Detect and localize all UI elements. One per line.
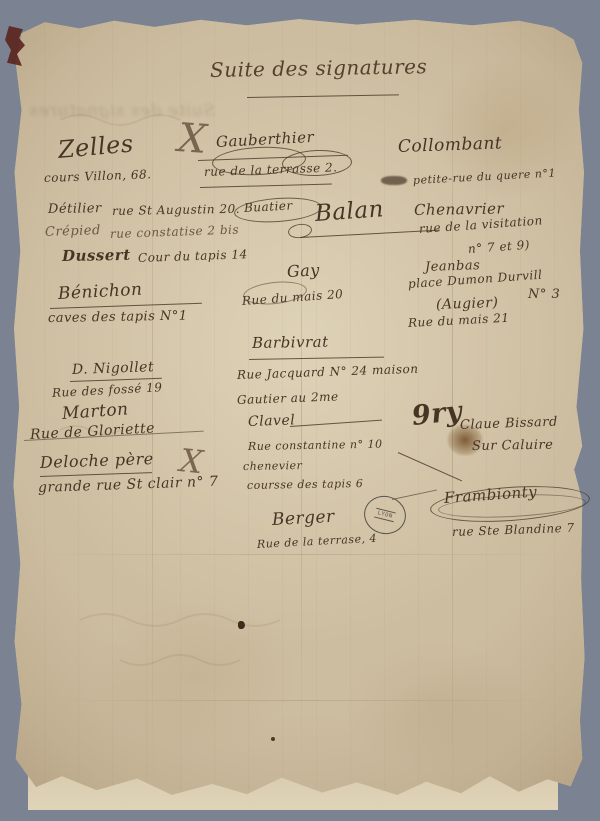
- note-augier: (Augier): [436, 296, 499, 312]
- signature-dussert: Dussert: [62, 248, 131, 264]
- address-benichon: caves des tapis N°1: [48, 310, 188, 325]
- signature-crepied: Crépied: [45, 224, 101, 239]
- signature-gay: Gay: [287, 262, 321, 280]
- signature-berger: Berger: [272, 509, 336, 529]
- note-gautier: Gautier au 2me: [237, 390, 339, 406]
- signature-nigollet: D. Nigollet: [72, 360, 155, 377]
- number-jeanbas: N° 3: [528, 288, 560, 301]
- signature-balan: Balan: [314, 198, 384, 226]
- signature-detilier: Détilier: [48, 202, 102, 216]
- signature-clavel: Clavel: [248, 413, 296, 429]
- address-chenevier: coursse des tapis 6: [247, 478, 363, 491]
- address-detilier: rue St Augustin 20.: [112, 203, 240, 217]
- address-zelles: cours Villon, 68.: [44, 168, 152, 184]
- page-title: Suite des signatures: [210, 56, 428, 80]
- x-mark: X: [178, 444, 204, 478]
- address-clavel: Rue constantine n° 10: [248, 439, 383, 452]
- signature-zelles: Zelles: [57, 131, 135, 162]
- signature-collombant: Collombant: [398, 135, 503, 156]
- signature-barbivrat: Barbivrat: [252, 335, 329, 351]
- page-content: Suite des signatures Suite des signature…: [0, 0, 600, 821]
- address-dussert: Cour du tapis 14: [138, 248, 248, 264]
- signature-gry: 9ry: [411, 398, 464, 430]
- signature-chenevier: chenevier: [243, 460, 303, 472]
- manuscript-scan: Suite des signatures Suite des signature…: [0, 0, 600, 821]
- address-bissard: Sur Caluire: [472, 439, 554, 453]
- signature-marton: Marton: [61, 401, 129, 423]
- signature-benichon: Bénichon: [58, 282, 143, 303]
- stamp-label: LYON: [374, 508, 395, 522]
- signature-chenavrier: Chenavrier: [414, 201, 504, 218]
- signature-deloche: Deloche père: [40, 451, 154, 471]
- signature-bissard: Claue Bissard: [460, 416, 558, 432]
- x-mark: X: [177, 118, 209, 160]
